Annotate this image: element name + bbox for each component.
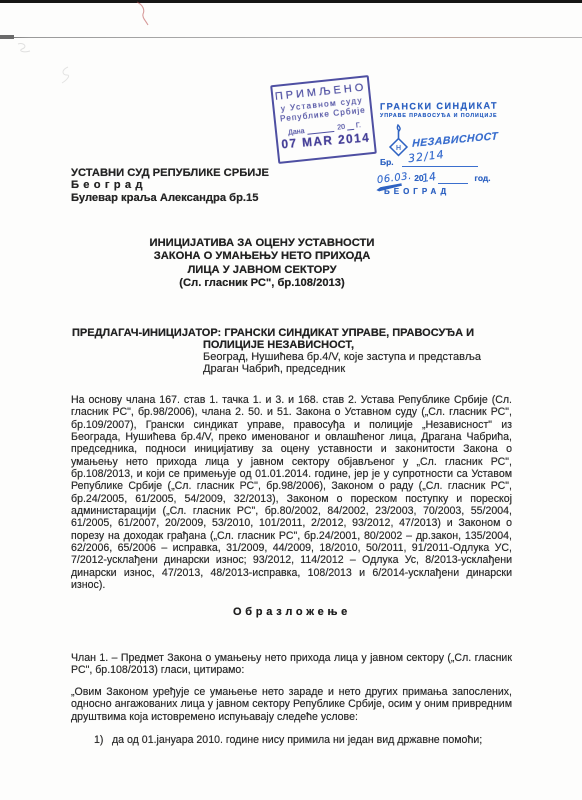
title-line-3: ЛИЦА У ЈАВНОМ СЕКТОРУ bbox=[72, 264, 452, 277]
union-stamp: ГРАНСКИ СИНДИКАТ УПРАВЕ ПРАВОСУЂА И ПОЛИ… bbox=[380, 101, 514, 201]
initiator-name-line-2: ПОЛИЦИЈЕ НЕЗАВИСНОСТ, bbox=[203, 339, 354, 351]
scan-red-pen-mark bbox=[134, 1, 152, 27]
stamp-year-prefix: 20 bbox=[337, 124, 345, 132]
recipient-city: Београд bbox=[71, 179, 269, 191]
initiator-label: ПРЕДЛАГАЧ-ИНИЦИЈАТОР: bbox=[72, 327, 221, 339]
condition-list-item-1: 1)да од 01.јануара 2010. године нису при… bbox=[94, 734, 514, 746]
stamp-blank-line-short bbox=[347, 122, 355, 131]
union-brand-nezavisnost: НЕЗАВИСНОСТ bbox=[412, 130, 498, 150]
scan-gray-mark-1 bbox=[16, 42, 32, 54]
law-quote-paragraph: „Овим Законом уређује се умањење нето за… bbox=[71, 686, 512, 723]
union-year-label: год. bbox=[474, 173, 490, 183]
scanned-document-page: ПРИМЉЕНО у Уставном суду Републике Србиј… bbox=[0, 0, 582, 800]
document-title: ИНИЦИЈАТИВА ЗА ОЦЕНУ УСТАВНОСТИ ЗАКОНА О… bbox=[72, 237, 452, 291]
recipient-street: Булевар краља Александра бр.15 bbox=[71, 192, 269, 204]
scan-gray-mark-2 bbox=[58, 66, 74, 84]
scan-top-edge-line bbox=[0, 0, 582, 3]
union-stamp-date-row: 06.03. 2014 год. bbox=[377, 171, 491, 184]
initiator-name-line-1: ГРАНСКИ СИНДИКАТ УПРАВЕ, ПРАВОСУЂА И bbox=[224, 327, 474, 339]
union-number-label: Бр. bbox=[380, 157, 394, 167]
section-heading-obrazlozenje: Образложење bbox=[72, 606, 512, 618]
union-stamp-subtitle: УПРАВЕ ПРАВОСУЂА И ПОЛИЦИЈЕ bbox=[380, 113, 514, 119]
scan-fold-line bbox=[0, 37, 582, 38]
union-date-line bbox=[438, 175, 468, 184]
recipient-court-name: УСТАВНИ СУД РЕПУБЛИКЕ СРБИЈЕ bbox=[71, 167, 269, 179]
recipient-address-block: УСТАВНИ СУД РЕПУБЛИКЕ СРБИЈЕ Београд Бул… bbox=[71, 167, 269, 204]
initiator-address-line: Београд, Нушићева бр.4/V, које заступа и… bbox=[203, 351, 481, 363]
title-line-1: ИНИЦИЈАТИВА ЗА ОЦЕНУ УСТАВНОСТИ bbox=[72, 237, 452, 250]
title-line-2: ЗАКОНА О УМАЊЕЊУ НЕТО ПРИХОДА bbox=[72, 250, 452, 263]
court-receipt-stamp: ПРИМЉЕНО у Уставном суду Републике Србиј… bbox=[270, 75, 377, 164]
legal-basis-paragraph: На основу члана 167. став 1. тачка 1. и … bbox=[71, 394, 512, 592]
union-stamp-title: ГРАНСКИ СИНДИКАТ bbox=[380, 100, 514, 111]
svg-text:Н: Н bbox=[396, 145, 401, 152]
list-item-text: да од 01.јануара 2010. године нису прими… bbox=[112, 734, 482, 746]
union-stamp-city: БЕОГРАД bbox=[384, 187, 450, 196]
stamp-year-suffix: Г. bbox=[356, 122, 362, 129]
union-date-handwritten: 06.03. bbox=[376, 171, 412, 186]
list-item-marker: 1) bbox=[94, 734, 112, 746]
scan-fold-line-stub bbox=[0, 35, 14, 39]
union-year-handwritten: 14 bbox=[421, 170, 437, 185]
title-line-4: (Сл. гласник РС", бр.108/2013) bbox=[72, 277, 452, 290]
union-stamp-number-row: Бр. 32/14 bbox=[380, 157, 478, 167]
clan1-subject-paragraph: Члан 1. – Предмет Закона о умањењу нето … bbox=[71, 652, 512, 677]
initiator-person-line: Драган Чабрић, председник bbox=[203, 363, 345, 375]
initiator-header-line: ПРЕДЛАГАЧ-ИНИЦИЈАТОР: ГРАНСКИ СИНДИКАТ У… bbox=[72, 327, 474, 339]
